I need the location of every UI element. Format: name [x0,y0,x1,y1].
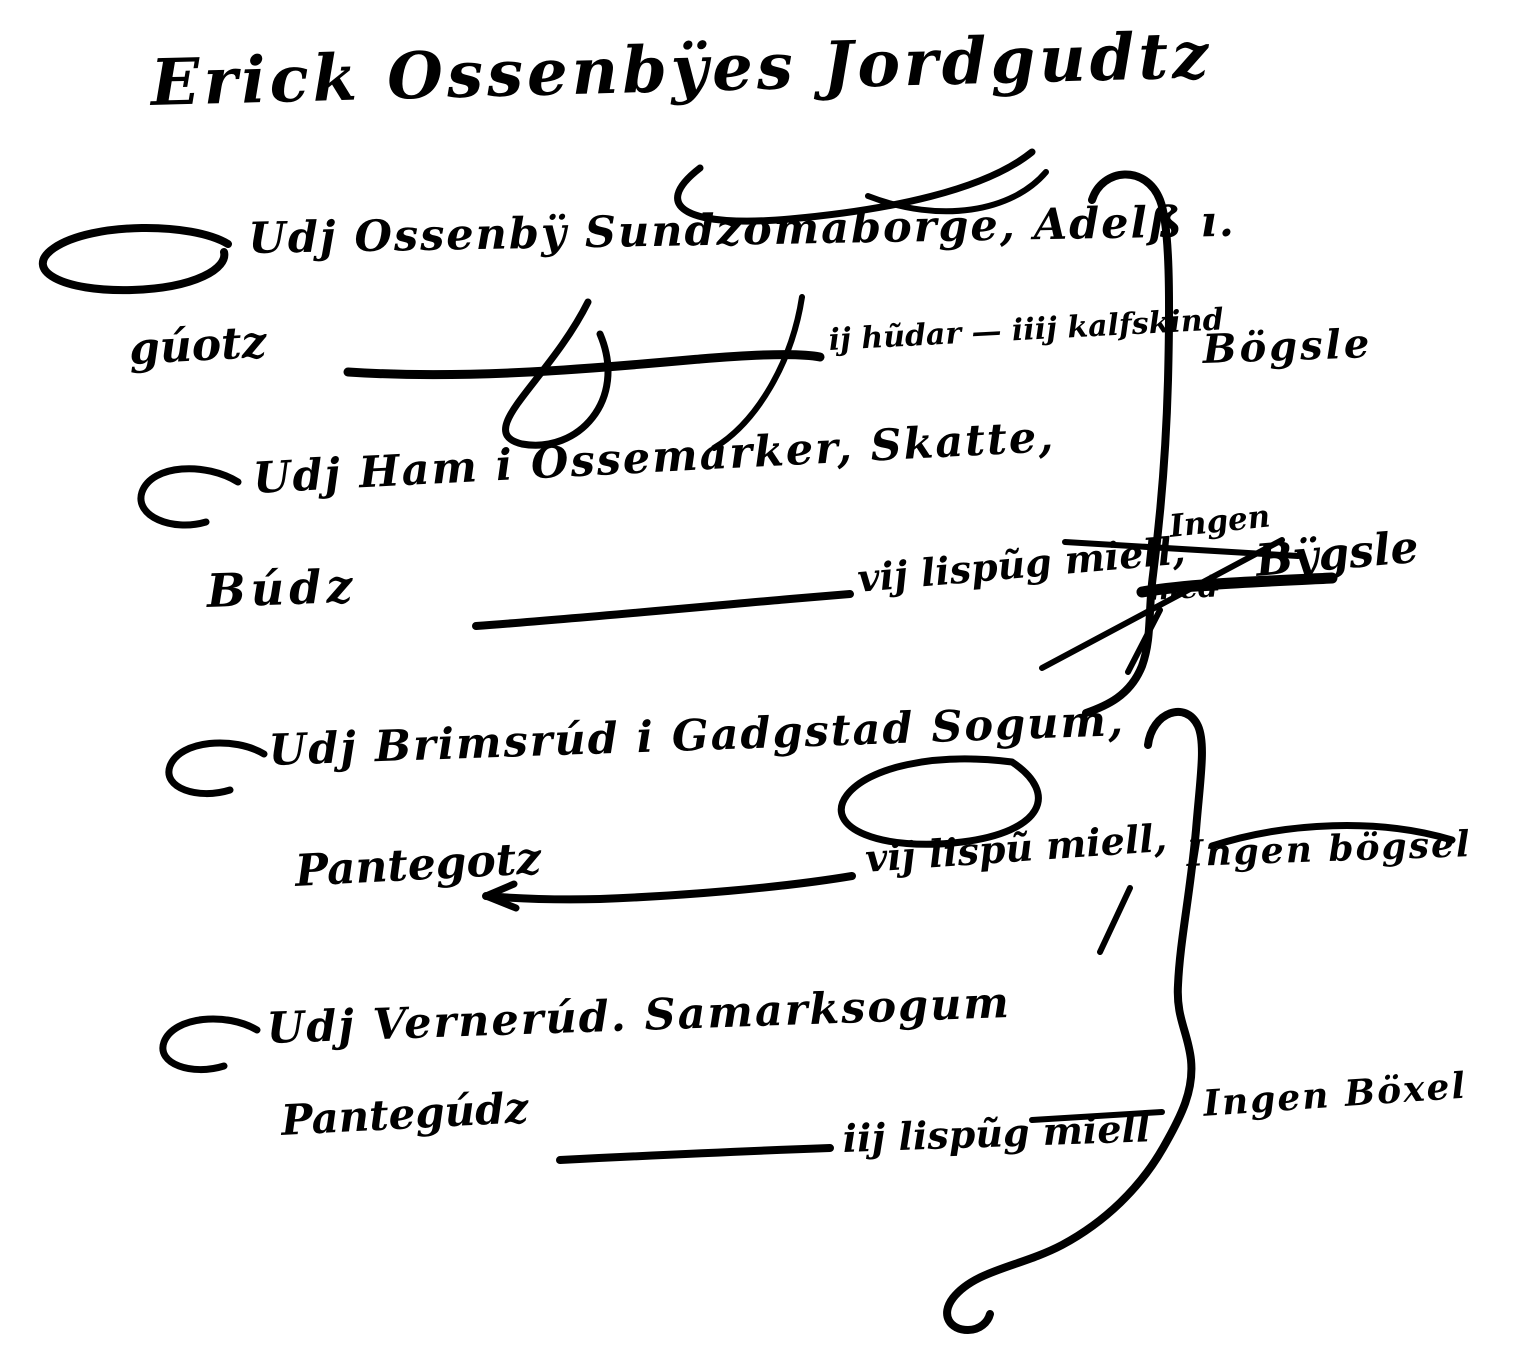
entry2-margin-note-struck-word: med [1148,572,1219,605]
entry3-tenure-label: Pantegotz [294,837,542,894]
entry1-tenure-label: gúotz [128,321,268,372]
swash-flourish-entry2 [141,469,238,525]
swash-flourish-entry3 [169,743,264,794]
swash-flourish-entry1 [43,228,228,290]
dash-leader-entry4 [560,1148,830,1160]
dash-leader-entry1 [348,355,820,375]
entry4-rent: iij lispũg miell [842,1109,1151,1158]
comma-slash-entry3 [1100,888,1130,952]
brace-entries-1-2 [1086,174,1169,713]
entry1-margin-note: Bögsle [1202,324,1373,370]
dash-leader-entry2 [476,594,850,626]
entry2-tenure-label: Búdz [206,563,358,614]
entry4-tenure-label: Pantegúdz [280,1087,529,1142]
swash-flourish-entry4 [163,1019,257,1070]
entry3-margin-note: Ingen bögsel [1186,826,1472,872]
manuscript-page: Erick Ossenbÿes Jordgudtz Udj Ossenbÿ Su… [0,0,1524,1364]
